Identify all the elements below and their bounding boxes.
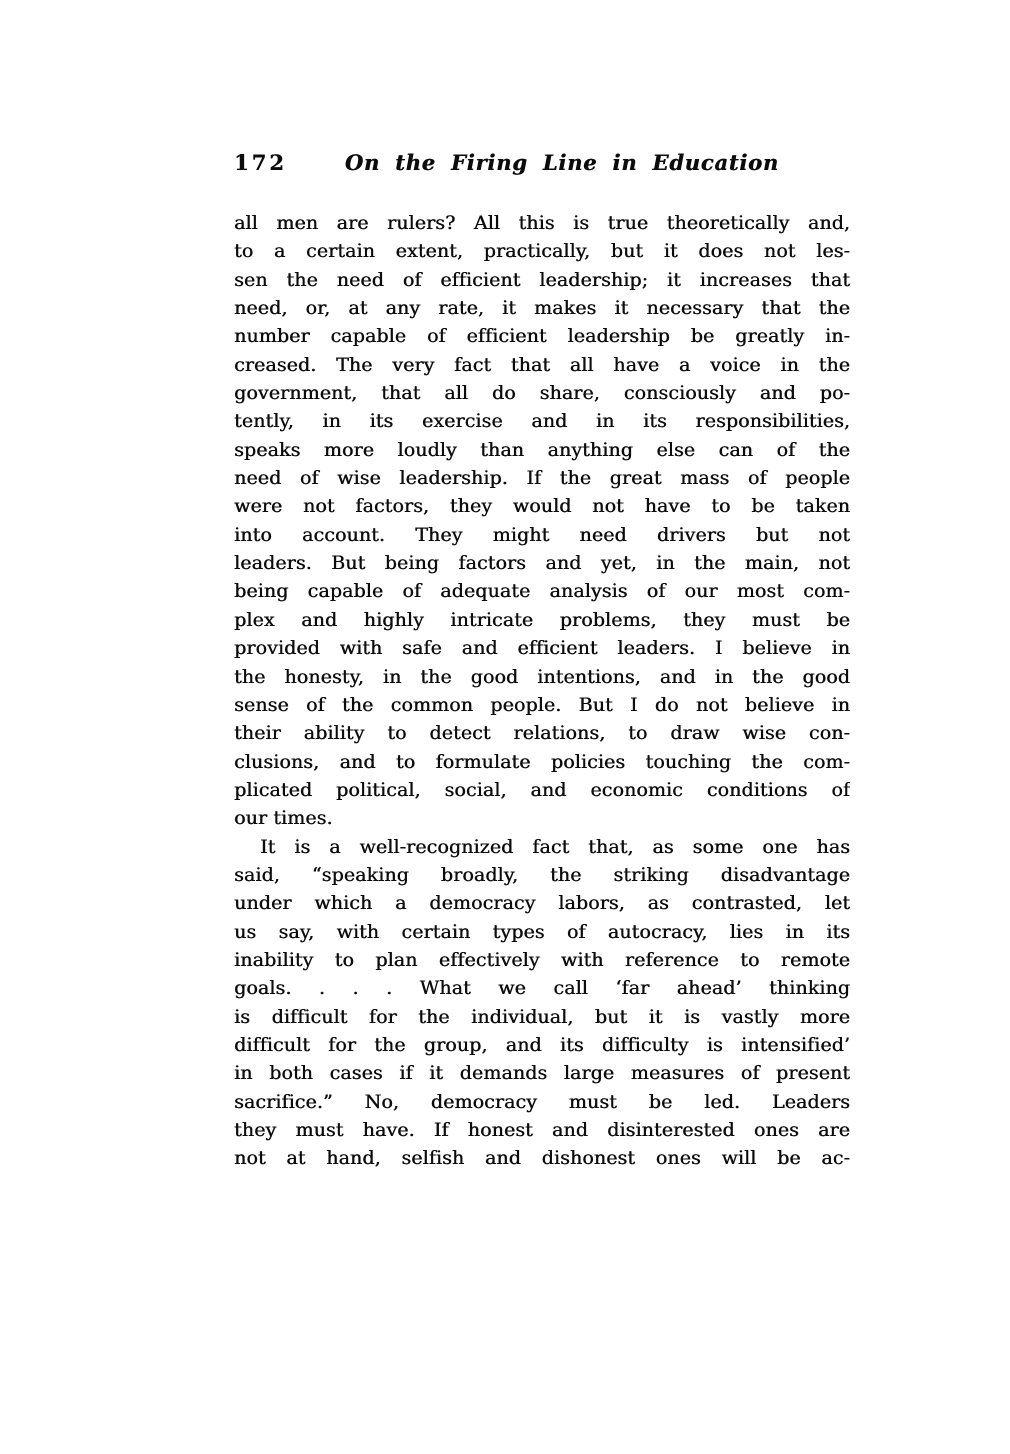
text-line: being capable of adequate analysis of ou… <box>234 577 850 605</box>
text-line: sacrifice.” No, democracy must be led. L… <box>234 1088 850 1116</box>
text-line: into account. They might need drivers bu… <box>234 521 850 549</box>
text-line: our times. <box>234 804 850 832</box>
text-line: is difficult for the individual, but it … <box>234 1003 850 1031</box>
text-line: It is a well-recognized fact that, as so… <box>234 833 850 861</box>
text-line: under which a democracy labors, as contr… <box>234 889 850 917</box>
text-line: creased. The very fact that all have a v… <box>234 351 850 379</box>
text-line: were not factors, they would not have to… <box>234 492 850 520</box>
text-line: the honesty, in the good intentions, and… <box>234 663 850 691</box>
text-line: sense of the common people. But I do not… <box>234 691 850 719</box>
text-line: speaks more loudly than anything else ca… <box>234 436 850 464</box>
running-title: On the Firing Line in Education <box>345 150 779 175</box>
text-line: goals. . . . What we call ‘far ahead’ th… <box>234 974 850 1002</box>
text-line: to a certain extent, practically, but it… <box>234 237 850 265</box>
text-line: tently, in its exercise and in its respo… <box>234 407 850 435</box>
text-line: difficult for the group, and its difficu… <box>234 1031 850 1059</box>
page-number: 172 <box>234 150 287 175</box>
text-line: us say, with certain types of autocracy,… <box>234 918 850 946</box>
text-line: provided with safe and efficient leaders… <box>234 634 850 662</box>
book-page: 172 On the Firing Line in Education all … <box>0 0 1010 1454</box>
text-line: all men are rulers? All this is true the… <box>234 209 850 237</box>
page-header: 172 On the Firing Line in Education <box>234 150 850 175</box>
text-line: clusions, and to formulate policies touc… <box>234 748 850 776</box>
text-line: sen the need of efficient leadership; it… <box>234 266 850 294</box>
page-body: all men are rulers? All this is true the… <box>234 209 850 1173</box>
text-line: in both cases if it demands large measur… <box>234 1059 850 1087</box>
text-line: plex and highly intricate problems, they… <box>234 606 850 634</box>
text-line: need, or, at any rate, it makes it neces… <box>234 294 850 322</box>
text-line: their ability to detect relations, to dr… <box>234 719 850 747</box>
text-line: need of wise leadership. If the great ma… <box>234 464 850 492</box>
text-line: they must have. If honest and disinteres… <box>234 1116 850 1144</box>
text-line: inability to plan effectively with refer… <box>234 946 850 974</box>
text-line: said, “speaking broadly, the striking di… <box>234 861 850 889</box>
text-line: number capable of efficient leadership b… <box>234 322 850 350</box>
text-line: leaders. But being factors and yet, in t… <box>234 549 850 577</box>
text-line: government, that all do share, conscious… <box>234 379 850 407</box>
text-line: plicated political, social, and economic… <box>234 776 850 804</box>
text-line: not at hand, selfish and dishonest ones … <box>234 1144 850 1172</box>
